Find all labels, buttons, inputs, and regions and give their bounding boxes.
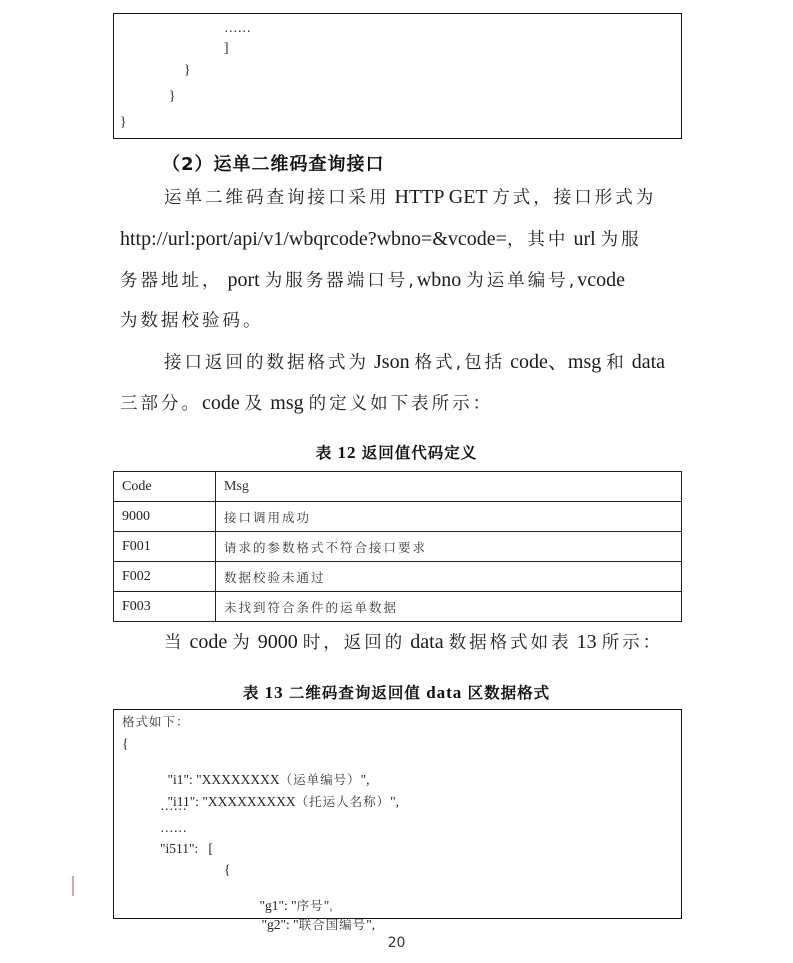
cell-msg: 接口调用成功 bbox=[216, 502, 682, 532]
text: wbno bbox=[417, 269, 466, 291]
paragraph-return-format: 接口返回的数据格式为 Json 格式,包括 code、msg 和 data bbox=[164, 351, 724, 374]
caption-number: 12 bbox=[332, 443, 362, 462]
caption-prefix: 表 bbox=[316, 444, 333, 462]
code-line: { bbox=[122, 736, 128, 752]
text: code bbox=[202, 392, 245, 414]
code-line: …… bbox=[160, 820, 187, 836]
text: 为服务器端口号, bbox=[265, 271, 417, 291]
caption-title: 返回值代码定义 bbox=[362, 444, 478, 462]
code-line: "i511": [ bbox=[160, 841, 213, 857]
caption-number: 13 bbox=[259, 683, 289, 702]
paragraph-data-format-ref: 当 code 为 9000 时，返回的 data 数据格式如表 13 所示： bbox=[164, 631, 724, 654]
table-13-caption: 表 13 二维码查询返回值 data 区数据格式 bbox=[0, 681, 793, 703]
header-code: Code bbox=[114, 472, 216, 502]
code-line: …… bbox=[160, 798, 187, 814]
text: data bbox=[405, 631, 448, 653]
text: 及 bbox=[245, 394, 266, 414]
text: 13 bbox=[572, 631, 602, 653]
cell-msg: 数据校验未通过 bbox=[216, 562, 682, 592]
data-format-code-block: 格式如下： { "i1": "XXXXXXXX（运单编号）", "i11": "… bbox=[113, 709, 682, 919]
text: ，其中 bbox=[507, 230, 569, 250]
json-value: 联合国编号 bbox=[299, 917, 367, 932]
code-line: } bbox=[184, 62, 190, 78]
code-line: ] bbox=[224, 40, 229, 56]
revision-mark bbox=[72, 876, 74, 896]
text: 当 bbox=[164, 633, 185, 653]
cell-code: F001 bbox=[114, 532, 216, 562]
text: 务器地址， bbox=[120, 271, 223, 291]
table-row: F003 未找到符合条件的运单数据 bbox=[114, 592, 682, 622]
text: url bbox=[568, 228, 600, 250]
cell-msg: 请求的参数格式不符合接口要求 bbox=[216, 532, 682, 562]
api-url: http://url:port/api/v1/wbqrcode?wbno=&vc… bbox=[120, 228, 507, 250]
table-row: F002 数据校验未通过 bbox=[114, 562, 682, 592]
caption-title: 区数据格式 bbox=[468, 684, 551, 702]
json-comment: （托运人名称） bbox=[296, 794, 391, 809]
text: 9000 bbox=[253, 631, 303, 653]
text: 所示： bbox=[602, 633, 664, 653]
text: 运单二维码查询接口采用 bbox=[164, 188, 390, 208]
paragraph-line: 为数据校验码。 bbox=[120, 309, 680, 332]
caption-title: 二维码查询返回值 bbox=[289, 684, 421, 702]
cell-code: F002 bbox=[114, 562, 216, 592]
cell-msg: 未找到符合条件的运单数据 bbox=[216, 592, 682, 622]
json-key: "g2": " bbox=[262, 917, 299, 932]
table-12-caption: 表 12 返回值代码定义 bbox=[0, 441, 793, 463]
return-code-table: Code Msg 9000 接口调用成功 F001 请求的参数格式不符合接口要求… bbox=[113, 471, 682, 622]
text: 格式,包括 bbox=[415, 353, 506, 373]
section-heading: （2）运单二维码查询接口 bbox=[162, 150, 385, 176]
text: msg bbox=[265, 392, 308, 414]
paragraph-line: 三部分。code 及 msg 的定义如下表所示： bbox=[120, 392, 680, 415]
text: 为数据校验码。 bbox=[120, 311, 264, 331]
header-msg: Msg bbox=[216, 472, 682, 502]
text: 数据格式如表 bbox=[449, 633, 572, 653]
text: code bbox=[185, 631, 233, 653]
text: 方式，接口形式为 bbox=[492, 188, 656, 208]
caption-data-word: data bbox=[421, 683, 468, 702]
text: vcode bbox=[577, 269, 625, 291]
text: 为服 bbox=[601, 230, 642, 250]
text: Json bbox=[369, 351, 415, 373]
text: port bbox=[223, 269, 265, 291]
text: 的定义如下表所示： bbox=[309, 394, 494, 414]
json-tail: ", bbox=[390, 794, 399, 809]
code-line: "i11": "XXXXXXXXX（托运人名称）", bbox=[154, 778, 399, 826]
text: 为运单编号, bbox=[466, 271, 577, 291]
code-line: } bbox=[169, 88, 175, 104]
text: 接口返回的数据格式为 bbox=[164, 353, 369, 373]
text: 时，返回的 bbox=[303, 633, 406, 653]
table-row: 9000 接口调用成功 bbox=[114, 502, 682, 532]
cell-code: F003 bbox=[114, 592, 216, 622]
paragraph-line: 务器地址， port 为服务器端口号,wbno 为运单编号,vcode bbox=[120, 269, 680, 292]
page-number: 20 bbox=[0, 935, 793, 951]
text: HTTP GET bbox=[390, 186, 493, 208]
cell-code: 9000 bbox=[114, 502, 216, 532]
text: code、msg bbox=[505, 351, 606, 373]
text: 和 bbox=[606, 353, 627, 373]
table-row: F001 请求的参数格式不符合接口要求 bbox=[114, 532, 682, 562]
paragraph-interface-description: 运单二维码查询接口采用 HTTP GET 方式，接口形式为 bbox=[164, 186, 724, 209]
paragraph-line: http://url:port/api/v1/wbqrcode?wbno=&vc… bbox=[120, 228, 680, 251]
table-header-row: Code Msg bbox=[114, 472, 682, 502]
caption-prefix: 表 bbox=[243, 684, 260, 702]
text: 三部分。 bbox=[120, 394, 202, 414]
code-line: } bbox=[120, 114, 126, 130]
json-tail: ", bbox=[366, 917, 375, 932]
code-block-continuation: …… ] } } } bbox=[113, 13, 682, 139]
code-line: { bbox=[224, 862, 230, 878]
code-line: …… bbox=[224, 20, 251, 36]
text: data bbox=[627, 351, 665, 373]
code-line: 格式如下： bbox=[122, 714, 190, 730]
text: 为 bbox=[232, 633, 253, 653]
